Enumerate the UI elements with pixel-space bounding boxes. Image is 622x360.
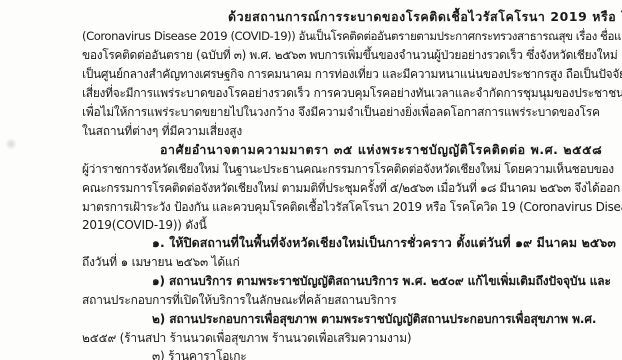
- intro-line-4: เป็นศูนย์กลางสำคัญทางเศรษฐกิจ การคมนาคม …: [82, 65, 622, 83]
- scan-smudge: [5, 138, 17, 150]
- item-1-line-2: ถึงวันที่ ๑ เมษายน ๒๕๖๓ ได้แก่: [82, 253, 240, 271]
- intro-line-3: ของโรคติดต่ออันตราย (ฉบับที่ ๓) พ.ศ. ๒๕๖…: [82, 46, 617, 64]
- authority-line-4: มาตรการเฝ้าระวัง ป้องกัน และควบคุมโรคติด…: [82, 198, 622, 216]
- intro-line-5: เสี่ยงที่จะมีการแพร่ระบาดของโรคอย่างรวดเ…: [82, 84, 622, 102]
- item-1-line-1: ๑. ให้ปิดสถานที่ในพื้นที่จังหวัดเชียงใหม…: [152, 234, 616, 252]
- intro-line-2: (Coronavirus Disease 2019 (COVID-19)) อั…: [82, 27, 622, 45]
- sub-item-2-line-1: ๒) สถานประกอบการเพื่อสุขภาพ ตามพระราชบัญ…: [152, 310, 596, 328]
- authority-line-5: 2019(COVID-19)) ดังนี้: [82, 216, 207, 234]
- sub-item-3-line-1: ๓) ร้านคาราโอเกะ: [152, 347, 247, 360]
- authority-line-1: อาศัยอำนาจตามความมาตรา ๓๕ แห่งพระราชบัญญ…: [160, 141, 602, 159]
- intro-line-1: ด้วยสถานการณ์การระบาดของโรคติดเชื้อไวรัส…: [228, 8, 622, 26]
- authority-line-2: ผู้ว่าราชการจังหวัดเชียงใหม่ ในฐานะประธา…: [82, 160, 614, 178]
- sub-item-2-line-2: ๒๕๕๙ (ร้านสปา ร้านนวดเพื่อสุขภาพ ร้านนวด…: [82, 329, 411, 347]
- intro-line-6: เพื่อไม่ให้การแพร่ระบาดขยายไปในวงกว้าง จ…: [82, 103, 600, 121]
- sub-item-1-line-1: ๑) สถานบริการ ตามพระราชบัญญัติสถานบริการ…: [152, 272, 611, 290]
- sub-item-1-line-2: สถานประกอบการที่เปิดให้บริการในลักษณะที่…: [82, 291, 397, 309]
- document-page: ด้วยสถานการณ์การระบาดของโรคติดเชื้อไวรัส…: [0, 0, 622, 360]
- intro-line-7: ในสถานที่ต่างๆ ที่มีความเสี่ยงสูง: [82, 122, 242, 140]
- authority-line-3: คณะกรรมการโรคติดต่อจังหวัดเชียงใหม่ ตามม…: [82, 179, 620, 197]
